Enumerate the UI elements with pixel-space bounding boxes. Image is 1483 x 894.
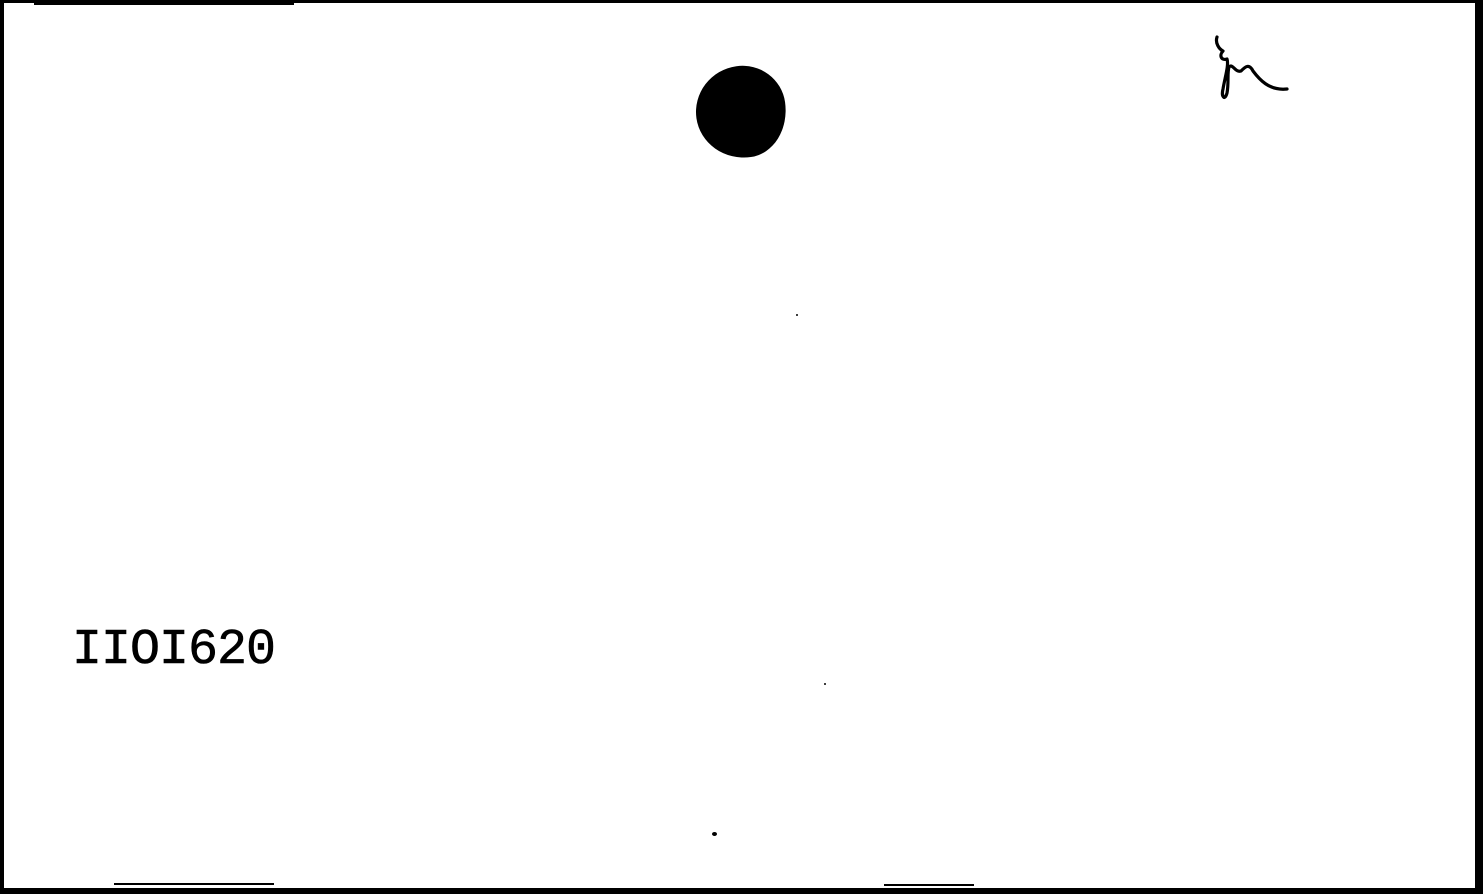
edge-noise	[884, 884, 974, 886]
speck	[712, 832, 717, 836]
edge-noise	[114, 883, 274, 885]
speck	[824, 683, 826, 685]
handwritten-initials	[1209, 33, 1294, 108]
index-card: IIOI620	[4, 3, 1475, 888]
speck	[796, 314, 798, 316]
punch-hole-icon	[690, 60, 792, 164]
document-number: IIOI620	[72, 621, 275, 681]
edge-noise	[34, 3, 294, 5]
